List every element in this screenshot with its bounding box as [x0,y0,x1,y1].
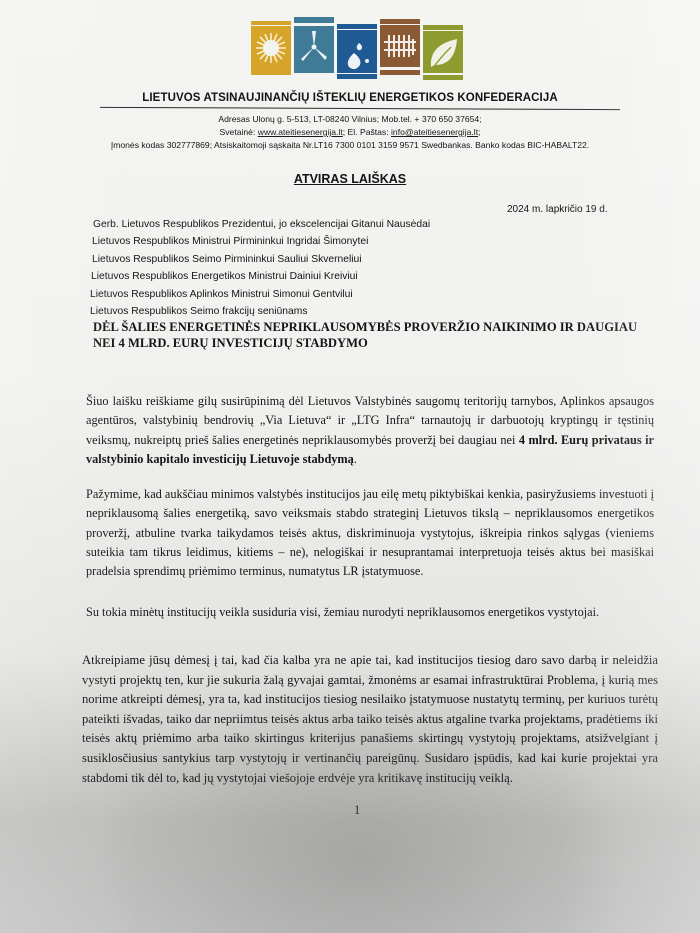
letter-date: 2024 m. lapkričio 19 d. [507,204,608,215]
letterhead-divider [100,107,620,110]
recipient: Lietuvos Respublikos Seimo Pirmininkui S… [92,251,430,268]
letter-subject: DĖL ŠALIES ENERGETINĖS NEPRIKLAUSOMYBĖS … [93,319,653,351]
paragraph-3: Su tokia minėtų institucijų veikla susid… [86,603,654,622]
recipient: Lietuvos Respublikos Energetikos Ministr… [91,268,430,285]
recipient: Gerb. Lietuvos Respublikos Prezidentui, … [93,216,430,233]
recipient-list: Gerb. Lietuvos Respublikos Prezidentui, … [93,216,430,320]
email-label: ; El. Paštas: [343,127,391,137]
letter-title: ATVIRAS LAIŠKAS [0,172,700,186]
paragraph-4: Atkreipiame jūsų dėmesį į tai, kad čia k… [82,651,658,788]
confederation-logo [251,17,463,81]
leaf-icon [423,17,463,81]
wind-turbine-icon [294,17,334,81]
web-contact-line: Svetainė: www.ateitiesenergija.lt; El. P… [0,126,700,139]
sun-icon [251,17,291,81]
recipient: Lietuvos Respublikos Aplinkos Ministrui … [90,286,430,303]
paragraph-2: Pažymime, kad aukščiau minimos valstybės… [86,485,654,581]
paragraph-1-end: . [354,452,357,466]
organization-name: LIETUVOS ATSINAUJINANČIŲ IŠTEKLIŲ ENERGE… [0,92,700,104]
page-number: 1 [354,803,360,818]
website-label: Svetainė: [220,127,258,137]
recipient: Lietuvos Respublikos Seimo frakcijų seni… [90,303,430,320]
address-line: Adresas Ulonų g. 5-513, LT-08240 Vilnius… [0,113,700,126]
water-drops-icon [337,17,377,81]
recipient: Lietuvos Respublikos Ministrui Pirminink… [92,233,430,250]
paragraph-1: Šiuo laišku reiškiame gilų susirūpinimą … [86,392,654,469]
biomass-fence-icon [380,17,420,81]
website-link[interactable]: www.ateitiesenergija.lt [258,127,343,137]
email-link[interactable]: info@ateitiesenergija.lt [391,127,478,137]
company-details-line: Įmonės kodas 302777869; Atsiskaitomoji s… [0,139,700,152]
email-suffix: ; [478,127,480,137]
